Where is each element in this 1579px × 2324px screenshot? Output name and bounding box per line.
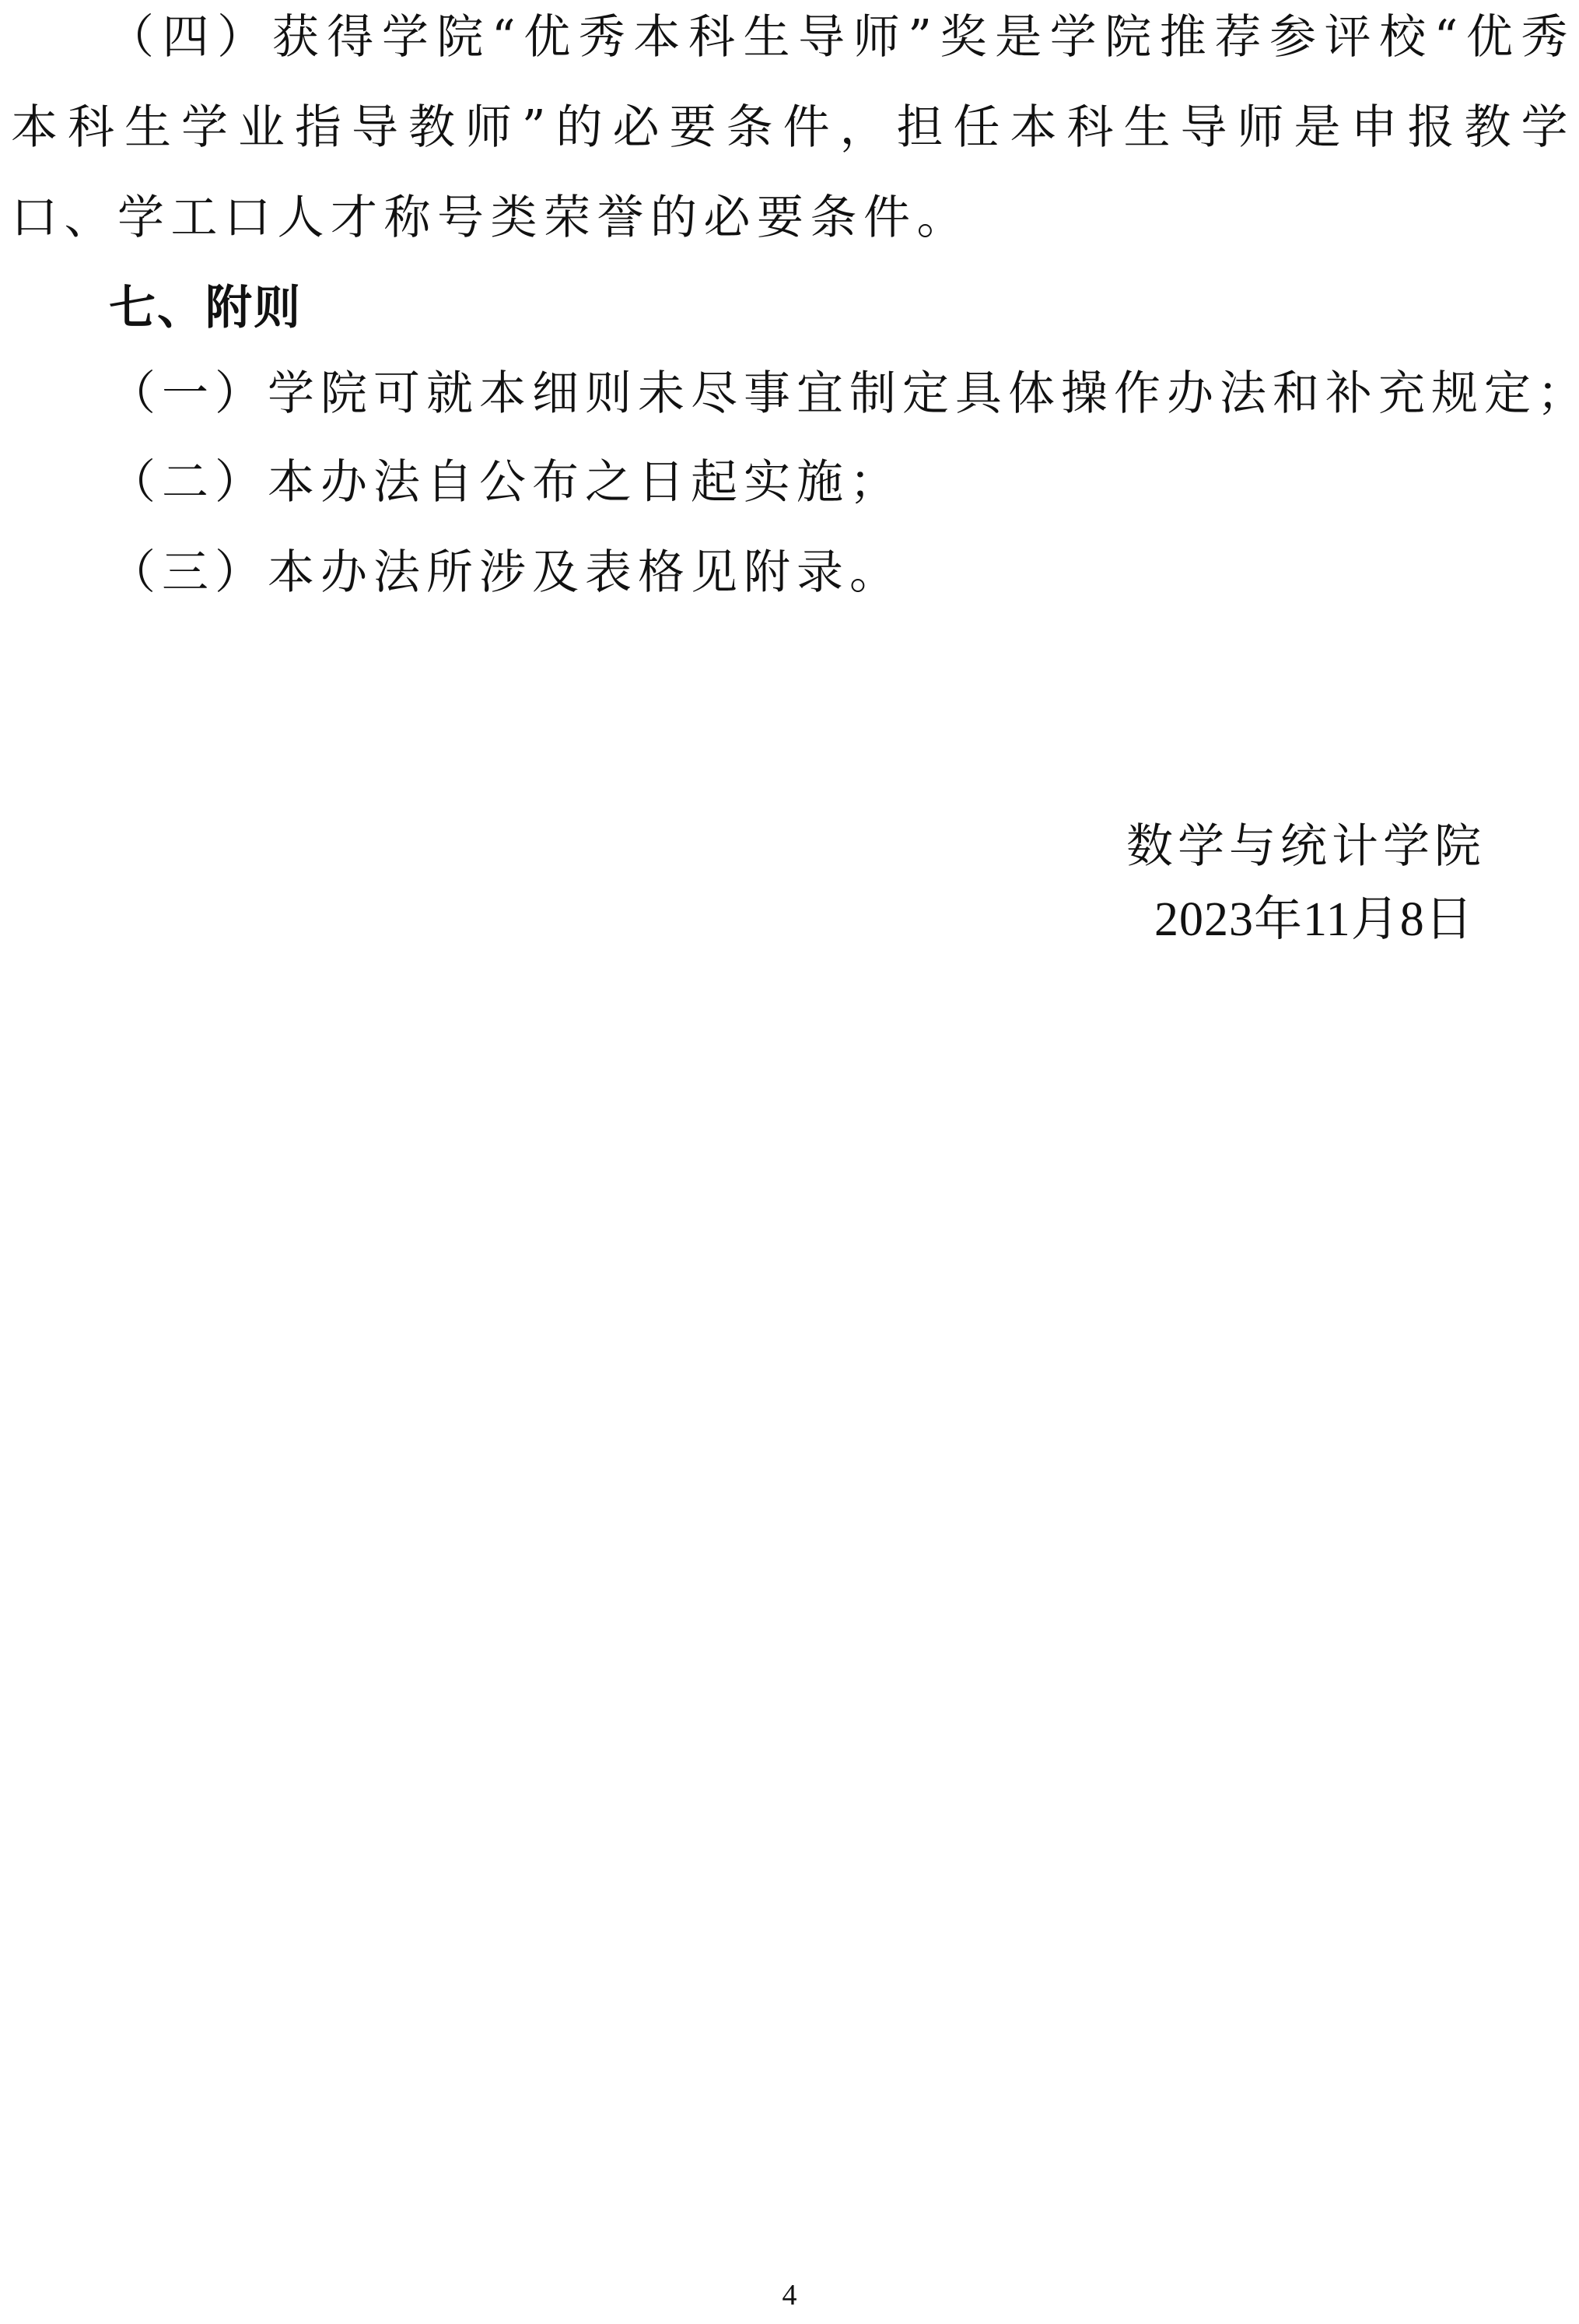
document-page: （四）获得学院“优秀本科生导师”奖是学院推荐参评校“优秀本科生学业指导教师”的必… <box>0 0 1579 2324</box>
provision-item-3: （三）本办法所涉及表格见附录。 <box>109 528 902 618</box>
paragraph-four-requirements: （四）获得学院“优秀本科生导师”奖是学院推荐参评校“优秀本科生学业指导教师”的必… <box>11 0 1574 263</box>
section-heading-supplementary-provisions: 七、附则 <box>109 263 302 353</box>
page-number: 4 <box>0 2272 1579 2319</box>
signature-organization: 数学与统计学院 <box>1126 808 1486 885</box>
signature-date: 2023年11月8日 <box>1154 881 1474 959</box>
provision-item-1: （一）学院可就本细则未尽事宜制定具体操作办法和补充规定； <box>109 349 1579 439</box>
provision-item-2: （二）本办法自公布之日起实施； <box>109 437 902 528</box>
